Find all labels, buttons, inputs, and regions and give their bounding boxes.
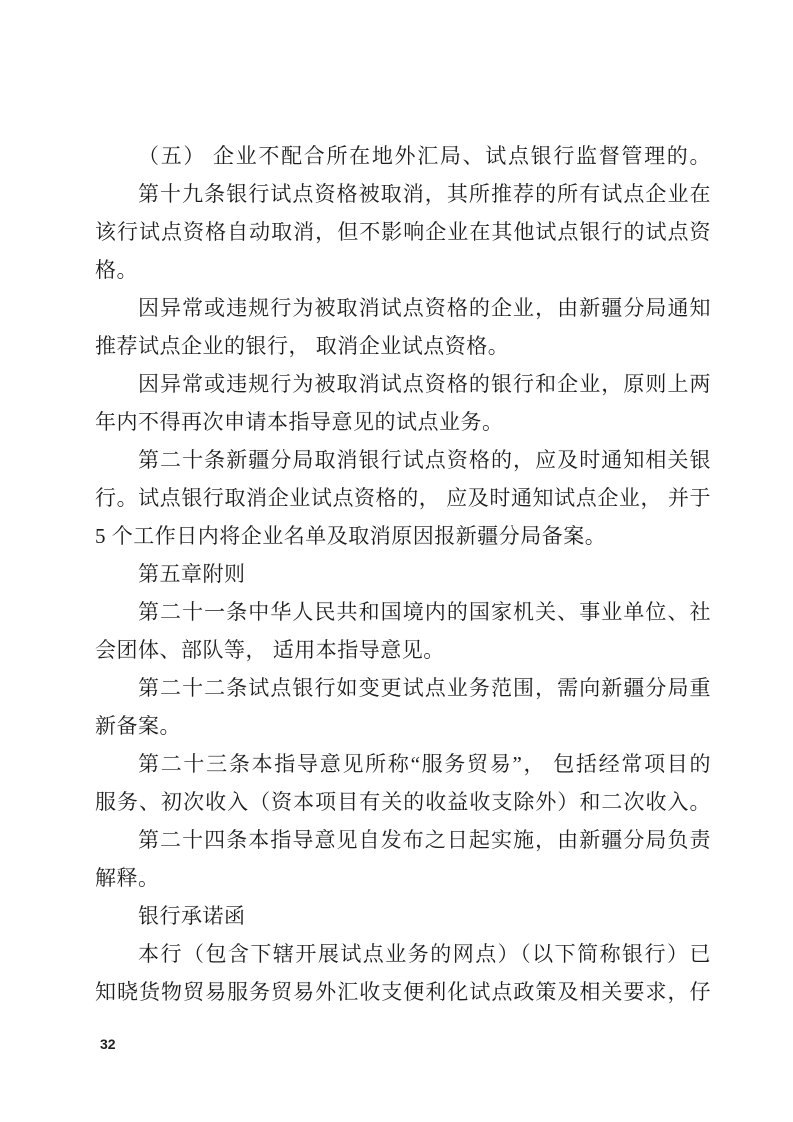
text-line: 年内不得再次申请本指导意见的试点业务。: [95, 403, 711, 441]
text-line: 银行承诺函: [95, 897, 711, 935]
text-line: 解释。: [95, 859, 711, 897]
text-line: 知晓货物贸易服务贸易外汇收支便利化试点政策及相关要求，仔: [95, 973, 711, 1011]
text-line: 格。: [95, 251, 711, 289]
text-line: 会团体、部队等， 适用本指导意见。: [95, 631, 711, 669]
text-line: 第二十条新疆分局取消银行试点资格的，应及时通知相关银: [95, 441, 711, 479]
text-line: 第二十一条中华人民共和国境内的国家机关、事业单位、社: [95, 593, 711, 631]
text-line: 5 个工作日内将企业名单及取消原因报新疆分局备案。: [95, 517, 711, 555]
text-line: 本行（包含下辖开展试点业务的网点）（以下简称银行）已: [95, 935, 711, 973]
text-line: 第二十三条本指导意见所称“服务贸易”， 包括经常项目的: [95, 745, 711, 783]
document-page: （五） 企业不配合所在地外汇局、试点银行监督管理的。第十九条银行试点资格被取消，…: [0, 0, 793, 1122]
text-line: 新备案。: [95, 707, 711, 745]
text-line: 因异常或违规行为被取消试点资格的银行和企业，原则上两: [95, 365, 711, 403]
text-line: 该行试点资格自动取消，但不影响企业在其他试点银行的试点资: [95, 213, 711, 251]
text-line: 第五章附则: [95, 555, 711, 593]
text-line: 第十九条银行试点资格被取消，其所推荐的所有试点企业在: [95, 175, 711, 213]
text-line: （五） 企业不配合所在地外汇局、试点银行监督管理的。: [95, 137, 711, 175]
text-line: 行。试点银行取消企业试点资格的， 应及时通知试点企业， 并于: [95, 479, 711, 517]
text-line: 服务、初次收入（资本项目有关的收益收支除外）和二次收入。: [95, 783, 711, 821]
document-body: （五） 企业不配合所在地外汇局、试点银行监督管理的。第十九条银行试点资格被取消，…: [95, 137, 711, 1011]
text-line: 第二十二条试点银行如变更试点业务范围，需向新疆分局重: [95, 669, 711, 707]
text-line: 因异常或违规行为被取消试点资格的企业，由新疆分局通知: [95, 289, 711, 327]
page-number: 32: [100, 1036, 116, 1052]
text-line: 第二十四条本指导意见自发布之日起实施，由新疆分局负责: [95, 821, 711, 859]
text-line: 推荐试点企业的银行， 取消企业试点资格。: [95, 327, 711, 365]
